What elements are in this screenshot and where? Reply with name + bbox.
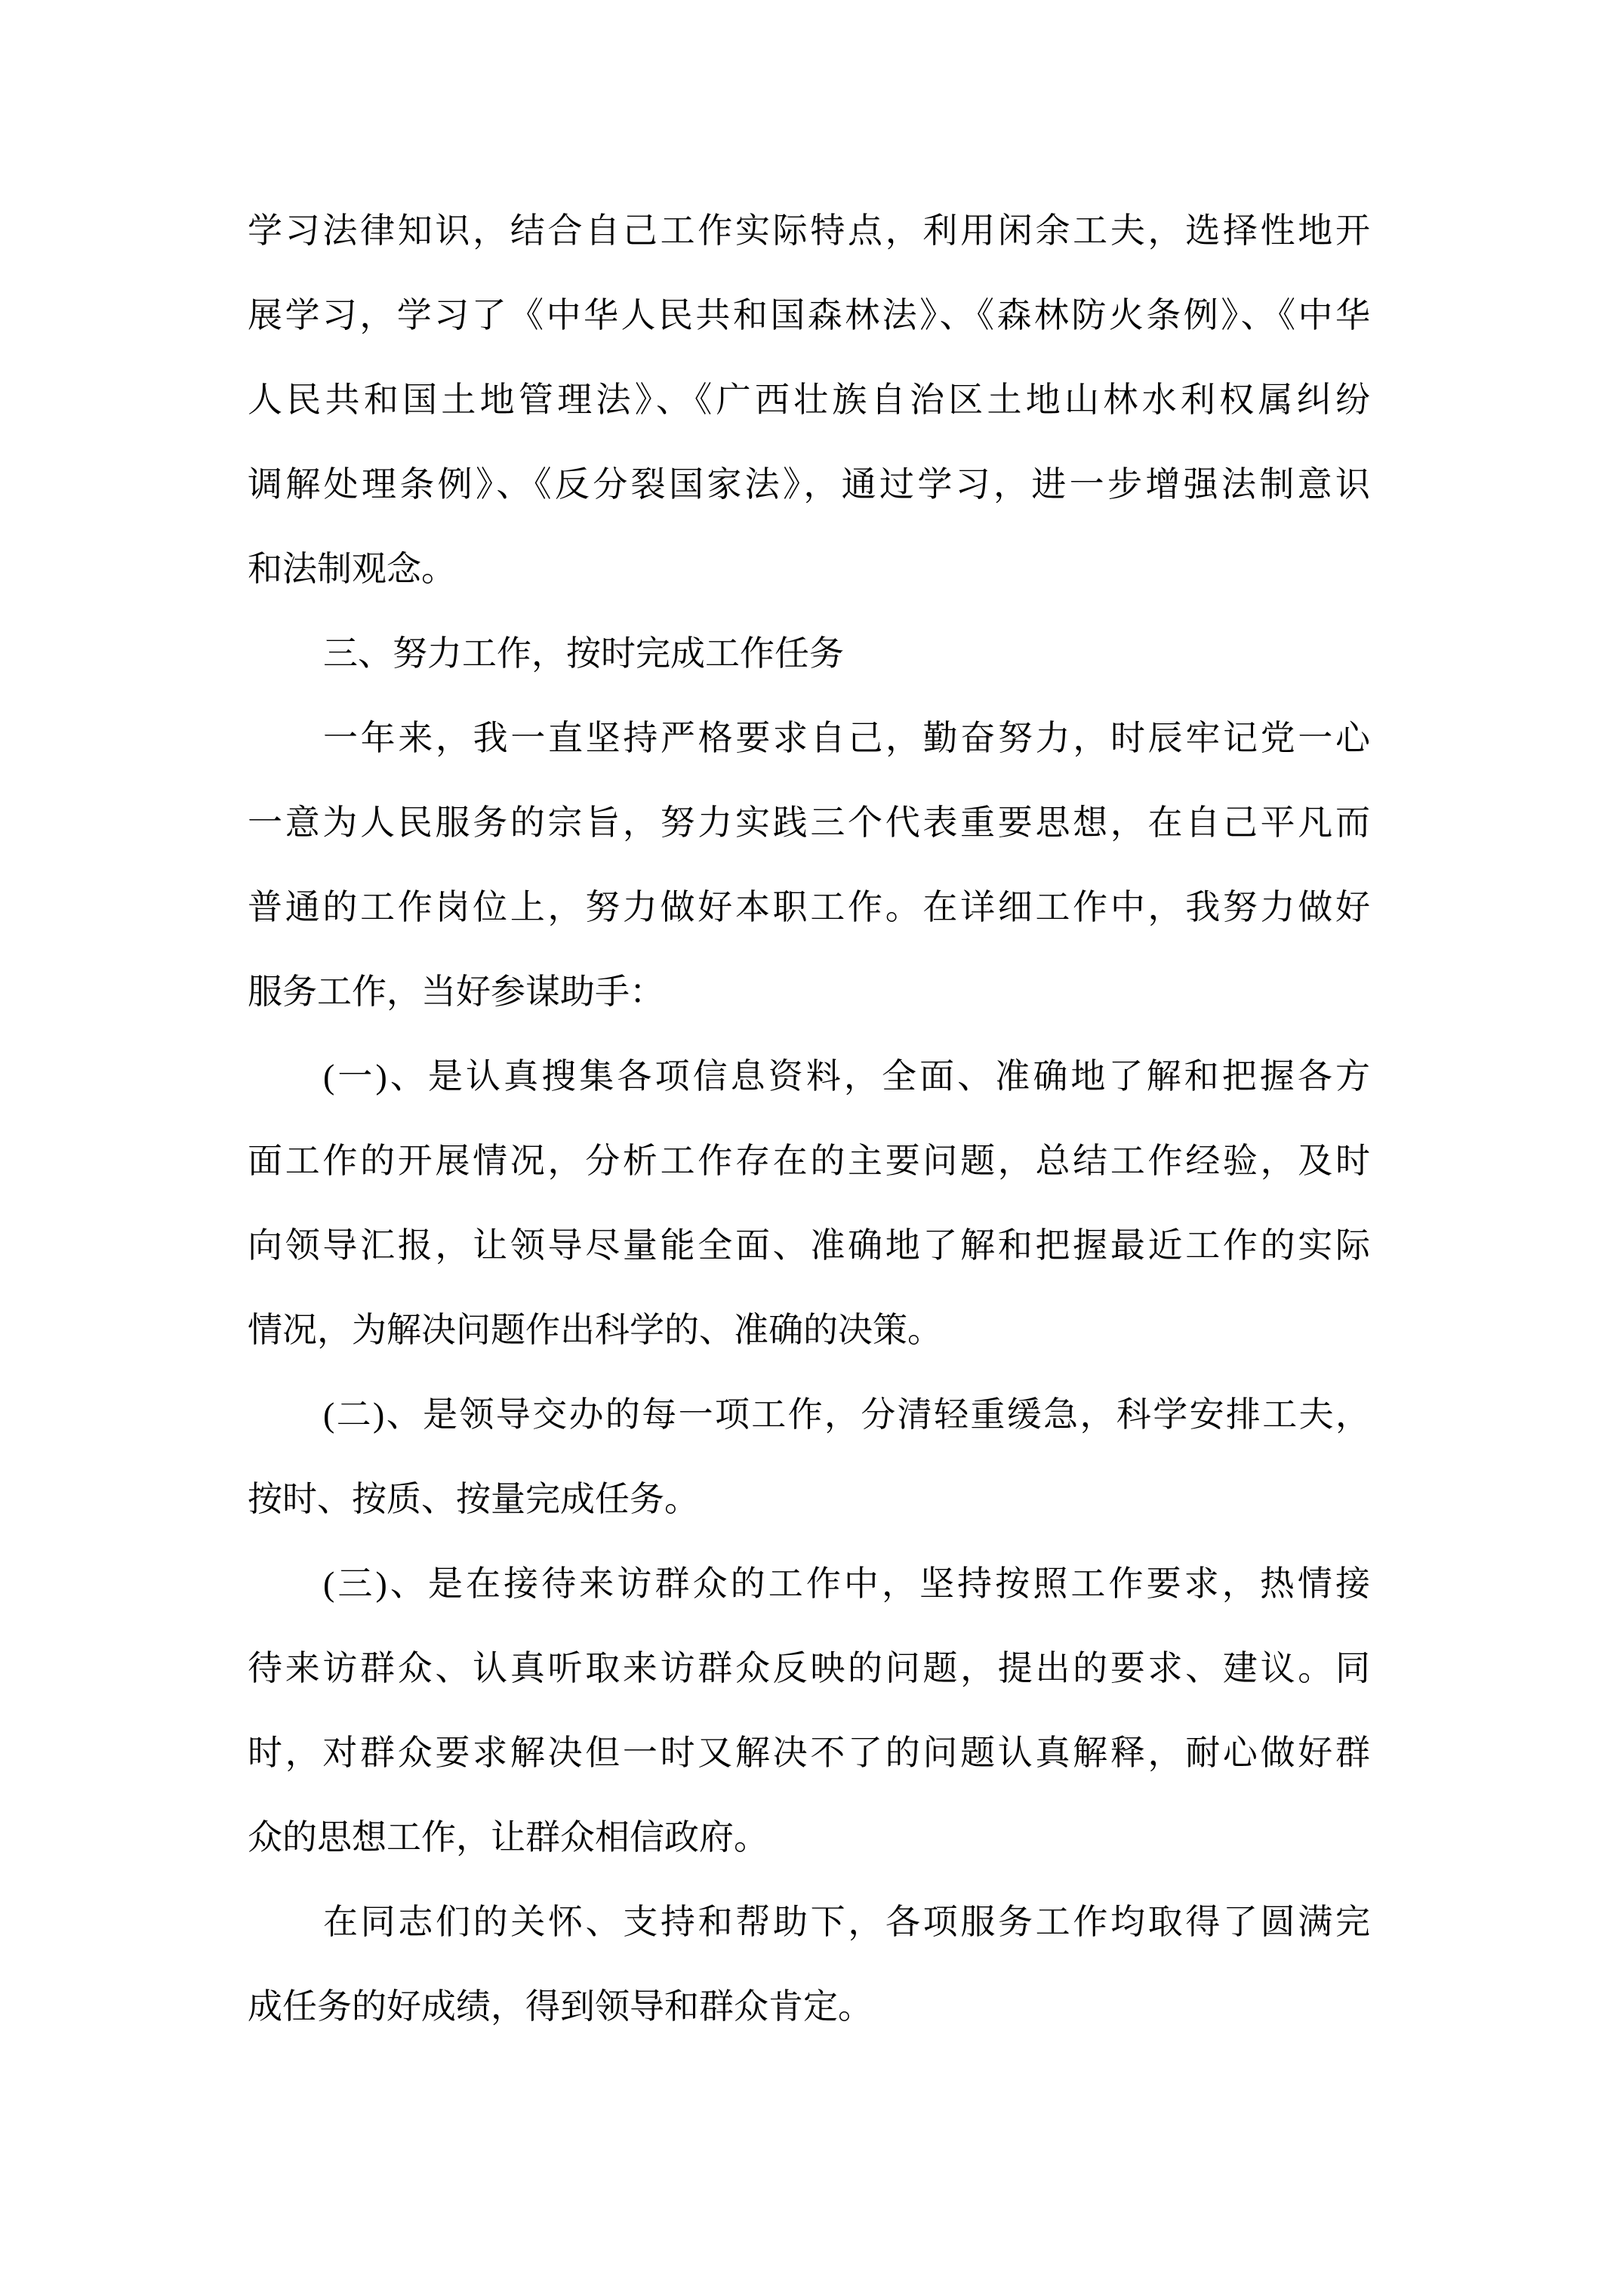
text-line: 和法制观念。 [248, 527, 1370, 612]
text-line: 普通的工作岗位上，努力做好本职工作。在详细工作中，我努力做好 [248, 865, 1370, 950]
text-line: 在同志们的关怀、支持和帮助下，各项服务工作均取得了圆满完 [248, 1880, 1370, 1965]
text-line: 情况，为解决问题作出科学的、准确的决策。 [248, 1288, 1370, 1373]
document-page: { "page": { "background_color": "#ffffff… [0, 0, 1623, 2296]
document-content: 学习法律知识，结合自己工作实际特点，利用闲余工夫，选择性地开展学习，学习了《中华… [248, 189, 1370, 2049]
paragraph: (一)、是认真搜集各项信息资料，全面、准确地了解和把握各方面工作的开展情况，分析… [248, 1034, 1370, 1373]
text-line: 展学习，学习了《中华人民共和国森林法》、《森林防火条例》、《中华 [248, 273, 1370, 358]
section-heading: 三、努力工作，按时完成工作任务 [248, 612, 1370, 696]
text-line: (三)、是在接待来访群众的工作中，坚持按照工作要求，热情接 [248, 1542, 1370, 1626]
text-line: 面工作的开展情况，分析工作存在的主要问题，总结工作经验，及时 [248, 1119, 1370, 1203]
text-line: 一意为人民服务的宗旨，努力实践三个代表重要思想，在自己平凡而 [248, 781, 1370, 865]
text-line: 学习法律知识，结合自己工作实际特点，利用闲余工夫，选择性地开 [248, 189, 1370, 273]
page: 学习法律知识，结合自己工作实际特点，利用闲余工夫，选择性地开展学习，学习了《中华… [0, 0, 1623, 2296]
text-line: 时，对群众要求解决但一时又解决不了的问题认真解释，耐心做好群 [248, 1711, 1370, 1795]
text-line: 三、努力工作，按时完成工作任务 [248, 612, 1370, 696]
text-line: 待来访群众、认真听取来访群众反映的问题，提出的要求、建议。同 [248, 1626, 1370, 1711]
text-line: 服务工作，当好参谋助手： [248, 950, 1370, 1034]
text-line: 向领导汇报，让领导尽量能全面、准确地了解和把握最近工作的实际 [248, 1203, 1370, 1288]
text-line: 众的思想工作，让群众相信政府。 [248, 1795, 1370, 1880]
text-line: 人民共和国土地管理法》、《广西壮族自治区土地山林水利权属纠纷 [248, 358, 1370, 442]
text-line: 调解处理条例》、《反分裂国家法》，通过学习，进一步增强法制意识 [248, 442, 1370, 527]
paragraph: 一年来，我一直坚持严格要求自己，勤奋努力，时辰牢记党一心一意为人民服务的宗旨，努… [248, 696, 1370, 1034]
paragraph: 学习法律知识，结合自己工作实际特点，利用闲余工夫，选择性地开展学习，学习了《中华… [248, 189, 1370, 612]
paragraph: (三)、是在接待来访群众的工作中，坚持按照工作要求，热情接待来访群众、认真听取来… [248, 1542, 1370, 1880]
text-line: 一年来，我一直坚持严格要求自己，勤奋努力，时辰牢记党一心 [248, 696, 1370, 781]
paragraph: (二)、是领导交办的每一项工作，分清轻重缓急，科学安排工夫，按时、按质、按量完成… [248, 1373, 1370, 1542]
text-line: 按时、按质、按量完成任务。 [248, 1457, 1370, 1542]
text-line: (二)、是领导交办的每一项工作，分清轻重缓急，科学安排工夫， [248, 1373, 1370, 1457]
paragraph: 在同志们的关怀、支持和帮助下，各项服务工作均取得了圆满完成任务的好成绩，得到领导… [248, 1880, 1370, 2049]
text-line: 成任务的好成绩，得到领导和群众肯定。 [248, 1965, 1370, 2049]
text-line: (一)、是认真搜集各项信息资料，全面、准确地了解和把握各方 [248, 1034, 1370, 1119]
